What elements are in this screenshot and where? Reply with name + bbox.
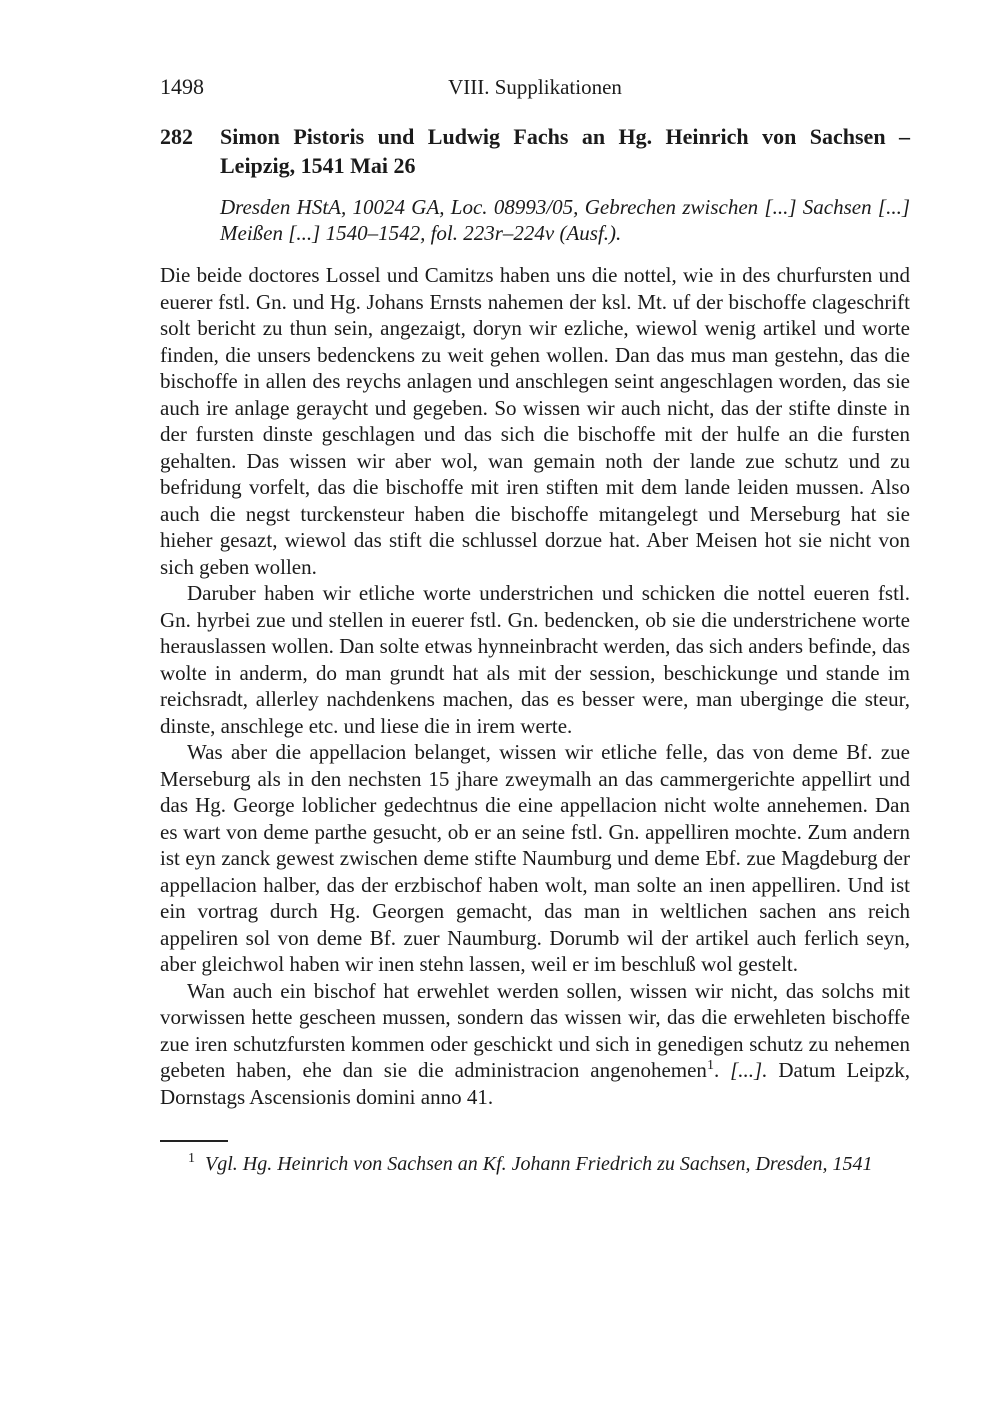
entry-number: 282	[160, 122, 220, 180]
running-header-row: 1498 VIII. Supplikationen	[160, 74, 910, 102]
body-paragraph-2: Daruber haben wir etliche worte understr…	[160, 580, 910, 739]
footnote-text: Vgl. Hg. Heinrich von Sachsen an Kf. Joh…	[205, 1153, 873, 1175]
body-paragraph-1: Die beide doctores Lossel und Camitzs ha…	[160, 262, 910, 580]
footnote-ref: 1	[707, 1058, 714, 1073]
paragraph-4-omission: [...].	[730, 1058, 767, 1082]
footnote-area: 1Vgl. Hg. Heinrich von Sachsen an Kf. Jo…	[160, 1140, 910, 1178]
entry-heading: 282 Simon Pistoris und Ludwig Fachs an H…	[160, 122, 910, 180]
running-header: VIII. Supplikationen	[160, 74, 910, 100]
body-paragraph-4: Wan auch ein bischof hat erwehlet werden…	[160, 978, 910, 1111]
text-block: 1498 VIII. Supplikationen 282 Simon Pist…	[160, 74, 910, 1178]
body-paragraph-3: Was aber die appellacion belanget, wisse…	[160, 739, 910, 978]
footnote: 1Vgl. Hg. Heinrich von Sachsen an Kf. Jo…	[160, 1151, 910, 1178]
document-body: Die beide doctores Lossel und Camitzs ha…	[160, 262, 910, 1110]
entry-title: Simon Pistoris und Ludwig Fachs an Hg. H…	[220, 122, 910, 180]
footnote-number: 1	[188, 1151, 195, 1166]
paragraph-4-after-ref: .	[714, 1058, 730, 1082]
source-citation: Dresden HStA, 10024 GA, Loc. 08993/05, G…	[220, 194, 910, 246]
footnote-separator	[160, 1140, 228, 1142]
book-page: 1498 VIII. Supplikationen 282 Simon Pist…	[0, 0, 1004, 1418]
